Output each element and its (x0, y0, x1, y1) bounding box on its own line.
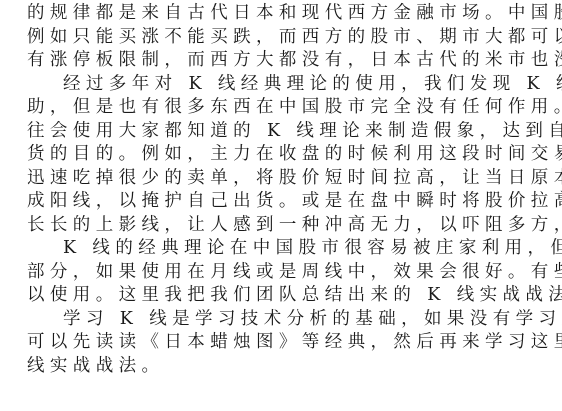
text-line: 例如只能买涨不能买跌，而西方的股市、期市大都可以做空。中国的股市 (27, 26, 537, 50)
text-line: 迅速吃掉很少的卖单，将股价短时间拉高，让当日原本应该收阴的 K 线收 (27, 167, 537, 191)
text-line: 学习 K 线是学习技术分析的基础，如果没有学习过 K 线的知识，那么 (27, 308, 537, 332)
text-line: 助，但是也有很多东西在中国股市完全没有任何作用。中国股市中庄家往 (27, 96, 537, 120)
text-line: 往会使用大家都知道的 K 线理论来制造假象，达到自己吸筹、洗盘或是出 (27, 120, 537, 144)
text-line: 可以先读读《日本蜡烛图》等经典，然后再来学习这里要介绍给大家的 K (27, 331, 537, 355)
document-page: 的规律都是来自古代日本和现代西方金融市场。中国股市有自己的特色， 例如只能买涨不… (27, 0, 537, 378)
paragraph-2: 经过多年对 K 线经典理论的使用，我们发现 K 线中的很多东西很有帮 助，但是也… (27, 73, 537, 238)
paragraph-1: 的规律都是来自古代日本和现代西方金融市场。中国股市有自己的特色， 例如只能买涨不… (27, 2, 537, 73)
text-line: 有涨停板限制，而西方大都没有，日本古代的米市也没有。 (27, 49, 537, 73)
text-line: 线实战战法。 (27, 355, 537, 379)
text-line: 以使用。这里我把我们团队总结出来的 K 线实战战法介绍给大家。 (27, 284, 537, 308)
text-line: 成阳线，以掩护自己出货。或是在盘中瞬时将股价拉高，让当日 K 线留下 (27, 190, 537, 214)
paragraph-3: K 线的经典理论在中国股市很容易被庄家利用，但是这些经典中的一 部分，如果使用在… (27, 237, 537, 308)
text-line: 货的目的。例如，主力在收盘的时候利用这段时间交易清冷，卖盘很少， (27, 143, 537, 167)
text-line: 部分，如果使用在月线或是周线中，效果会很好。有些甚至在日线中也可 (27, 261, 537, 285)
text-line: 长长的上影线，让人感到一种冲高无力，以吓阻多方，进行洗盘。 (27, 214, 537, 238)
text-line: K 线的经典理论在中国股市很容易被庄家利用，但是这些经典中的一 (27, 237, 537, 261)
text-line: 的规律都是来自古代日本和现代西方金融市场。中国股市有自己的特色， (27, 2, 537, 26)
text-line: 经过多年对 K 线经典理论的使用，我们发现 K 线中的很多东西很有帮 (27, 73, 537, 97)
paragraph-4: 学习 K 线是学习技术分析的基础，如果没有学习过 K 线的知识，那么 可以先读读… (27, 308, 537, 379)
